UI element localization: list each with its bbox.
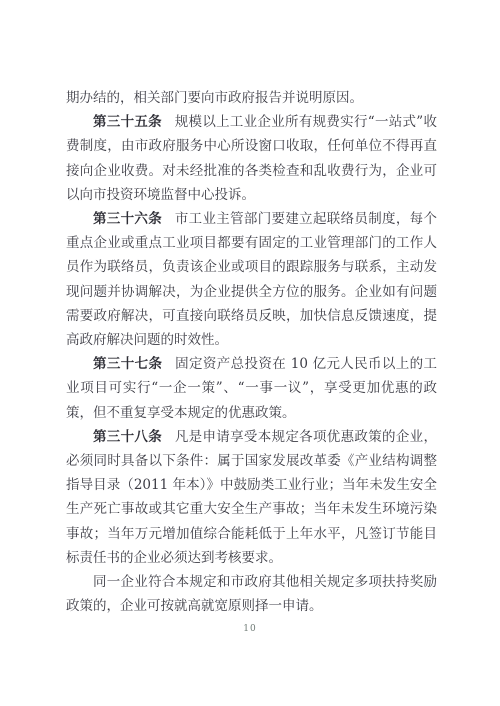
article-number: 第三十八条: [93, 429, 162, 445]
paragraph-text: 凡是申请享受本规定各项优惠政策的企业，必须同时具备以下条件：属于国家发展改革委《…: [66, 429, 437, 566]
paragraph-article-35: 第三十五条规模以上工业企业所有规费实行“一站式”收费制度，由市政府服务中心所设窗…: [66, 110, 437, 207]
document-page: 期办结的，相关部门要向市政府报告并说明原因。 第三十五条规模以上工业企业所有规费…: [0, 0, 500, 706]
article-number: 第三十六条: [93, 211, 162, 227]
paragraph-article-37: 第三十七条固定资产总投资在 10 亿元人民币以上的工业项目可实行“一企一策”、“…: [66, 352, 437, 425]
page-number: 10: [0, 624, 500, 634]
paragraph-continuation: 期办结的，相关部门要向市政府报告并说明原因。: [66, 86, 437, 110]
paragraph-text: 市工业主管部门要建立起联络员制度，每个重点企业或重点工业项目都要有固定的工业管理…: [66, 211, 437, 348]
paragraph-article-38: 第三十八条凡是申请享受本规定各项优惠政策的企业，必须同时具备以下条件：属于国家发…: [66, 425, 437, 570]
document-body: 期办结的，相关部门要向市政府报告并说明原因。 第三十五条规模以上工业企业所有规费…: [66, 86, 437, 618]
article-number: 第三十七条: [93, 356, 162, 372]
paragraph-text: 期办结的，相关部门要向市政府报告并说明原因。: [66, 90, 363, 106]
paragraph-article-36: 第三十六条市工业主管部门要建立起联络员制度，每个重点企业或重点工业项目都要有固定…: [66, 207, 437, 352]
paragraph-text: 同一企业符合本规定和市政府其他相关规定多项扶持奖励政策的，企业可按就高就宽原则择…: [66, 574, 437, 614]
paragraph-closing: 同一企业符合本规定和市政府其他相关规定多项扶持奖励政策的，企业可按就高就宽原则择…: [66, 570, 437, 618]
article-number: 第三十五条: [93, 114, 162, 130]
